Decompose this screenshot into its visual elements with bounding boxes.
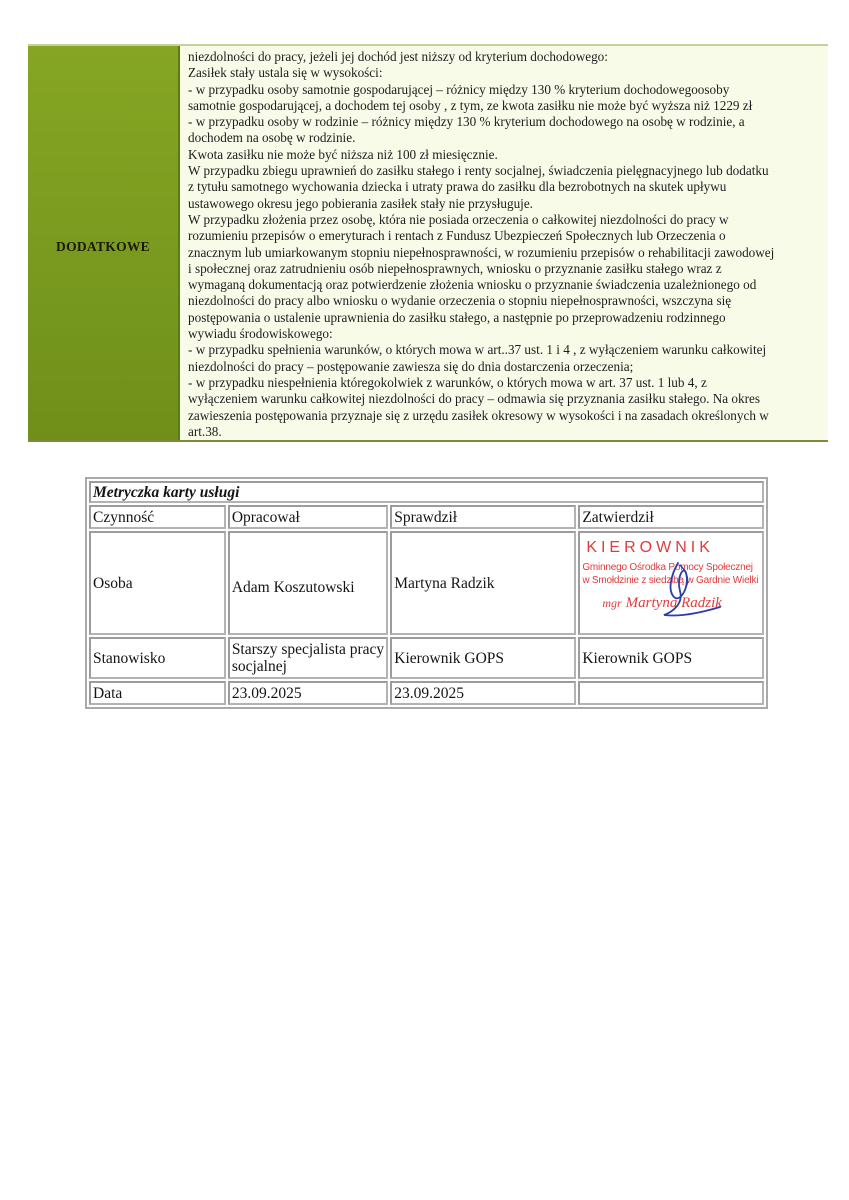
info-line: - w przypadku niespełnienia któregokolwi… — [188, 375, 822, 391]
row-label-osoba: Osoba — [89, 531, 226, 635]
info-line: dochodem na osobę w rodzinie. — [188, 130, 822, 146]
info-line: wywiadu środowiskowego: — [188, 326, 822, 342]
info-line: rozumieniu przepisów o emeryturach i ren… — [188, 228, 822, 244]
info-line: wyłączeniem warunku całkowitej niezdolno… — [188, 391, 822, 407]
info-line: znacznym lub umiarkowanym stopniu niepeł… — [188, 245, 822, 261]
info-line: z tytułu samotnego wychowania dziecka i … — [188, 179, 822, 195]
prepared-by-name: Adam Koszutowski — [228, 531, 388, 635]
approved-by-date — [578, 681, 764, 705]
signature-icon — [640, 557, 750, 627]
header-czynnosc: Czynność — [89, 505, 226, 529]
info-line: - w przypadku spełnienia warunków, o któ… — [188, 342, 822, 358]
info-line: ustawowego okresu jego pobierania zasiłe… — [188, 196, 822, 212]
info-line: i społecznej oraz zatrudnieniu osób niep… — [188, 261, 822, 277]
header-zatwierdzil: Zatwierdził — [578, 505, 764, 529]
checked-by-position: Kierownik GOPS — [390, 637, 576, 679]
checked-by-date: 23.09.2025 — [390, 681, 576, 705]
approved-by-position: Kierownik GOPS — [578, 637, 764, 679]
info-line: niezdolności do pracy, jeżeli jej dochód… — [188, 49, 822, 65]
row-label-data: Data — [89, 681, 226, 705]
checked-by-name: Martyna Radzik — [390, 531, 576, 635]
info-line: zawieszenia postępowania przyznaje się z… — [188, 408, 822, 424]
row-label-stanowisko: Stanowisko — [89, 637, 226, 679]
metryczka-table: Metryczka karty usługi Czynność Opracowa… — [85, 477, 768, 709]
info-text: niezdolności do pracy, jeżeli jej dochód… — [180, 46, 828, 440]
table-header-row: Czynność Opracował Sprawdził Zatwierdził — [89, 505, 764, 529]
info-line: W przypadku złożenia przez osobę, która … — [188, 212, 822, 228]
info-line: niezdolności do pracy albo wniosku o wyd… — [188, 293, 822, 309]
stamp-title: KIEROWNIK — [586, 539, 714, 556]
info-line: niezdolności do pracy – postępowanie zaw… — [188, 359, 822, 375]
stamp-prefix: mgr — [602, 596, 621, 610]
metryczka-title: Metryczka karty usługi — [89, 481, 764, 503]
info-line: - w przypadku osoby w rodzinie – różnicy… — [188, 114, 822, 130]
info-block: DODATKOWE niezdolności do pracy, jeżeli … — [28, 44, 828, 442]
header-sprawdzil: Sprawdził — [390, 505, 576, 529]
official-stamp: KIEROWNIK Gminnego Ośrodka Pomocy Społec… — [580, 537, 758, 629]
info-line: samotnie gospodarującej, a dochodem tej … — [188, 98, 822, 114]
info-line: Kwota zasiłku nie może być niższa niż 10… — [188, 147, 822, 163]
info-line: W przypadku zbiegu uprawnień do zasiłku … — [188, 163, 822, 179]
prepared-by-position: Starszy specjalista pracy socjalnej — [228, 637, 388, 679]
header-opracowal: Opracował — [228, 505, 388, 529]
info-line: art.38. — [188, 424, 822, 440]
section-label: DODATKOWE — [56, 239, 150, 255]
table-row: Stanowisko Starszy specjalista pracy soc… — [89, 637, 764, 679]
prepared-by-date: 23.09.2025 — [228, 681, 388, 705]
info-line: Zasiłek stały ustala się w wysokości: — [188, 65, 822, 81]
info-line: postępowania o ustalenie uprawnienia do … — [188, 310, 822, 326]
info-line: wymaganą dokumentacją oraz potwierdzenie… — [188, 277, 822, 293]
info-label-cell: DODATKOWE — [28, 46, 180, 440]
info-line: - w przypadku osoby samotnie gospodarują… — [188, 82, 822, 98]
table-row: Data 23.09.2025 23.09.2025 — [89, 681, 764, 705]
approval-stamp-cell: KIEROWNIK Gminnego Ośrodka Pomocy Społec… — [578, 531, 764, 635]
table-row: Osoba Adam Koszutowski Martyna Radzik KI… — [89, 531, 764, 635]
